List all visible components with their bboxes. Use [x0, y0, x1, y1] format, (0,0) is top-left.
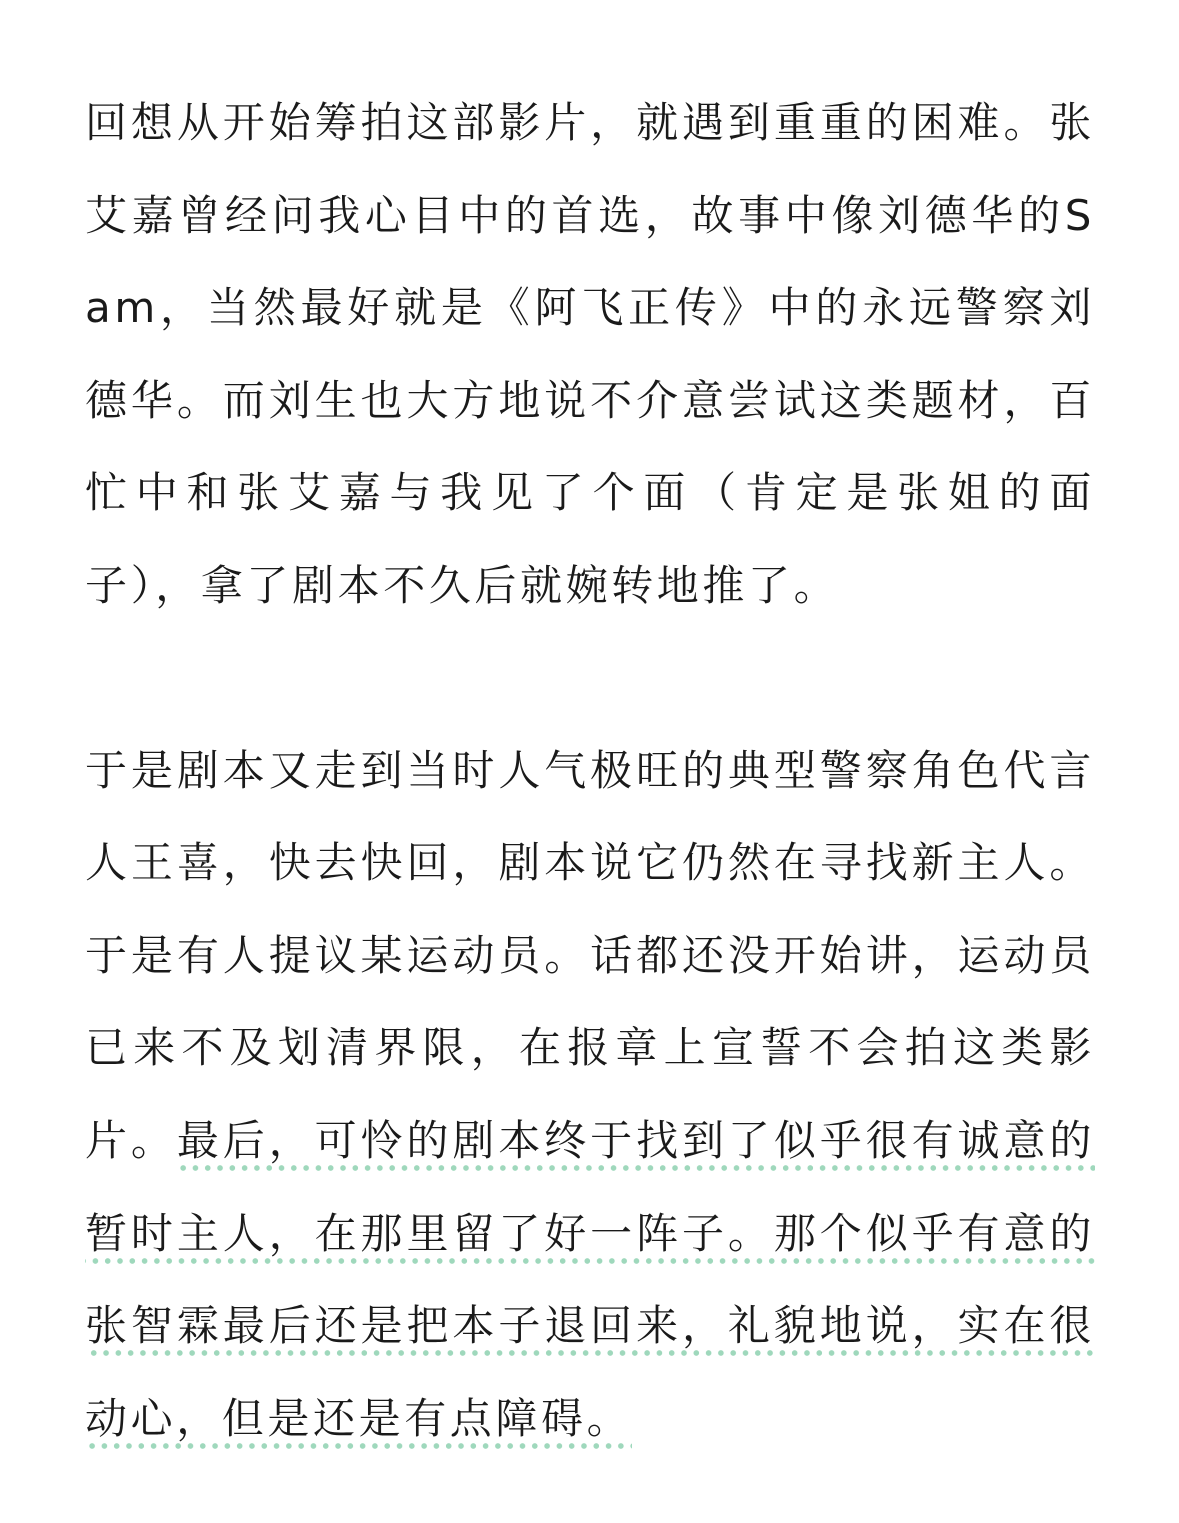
highlighted-passage[interactable]: 最后，可怜的剧本终于找到了似乎很有诚意的暂时主人，在那里留了好一阵子。那个似乎有…: [85, 1116, 1095, 1449]
paragraph-2: 于是剧本又走到当时人气极旺的典型警察角色代言人王喜，快去快回，剧本说它仍然在寻找…: [85, 725, 1095, 1466]
paragraph-1: 回想从开始筹拍这部影片，就遇到重重的困难。张艾嘉曾经问我心目中的首选，故事中像刘…: [85, 77, 1095, 633]
paragraph-1-text: 回想从开始筹拍这部影片，就遇到重重的困难。张艾嘉曾经问我心目中的首选，故事中像刘…: [85, 98, 1095, 610]
paragraph-2-text: 于是剧本又走到当时人气极旺的典型警察角色代言人王喜，快去快回，剧本说它仍然在寻找…: [85, 746, 1095, 1165]
article-body: 回想从开始筹拍这部影片，就遇到重重的困难。张艾嘉曾经问我心目中的首选，故事中像刘…: [85, 77, 1095, 1465]
